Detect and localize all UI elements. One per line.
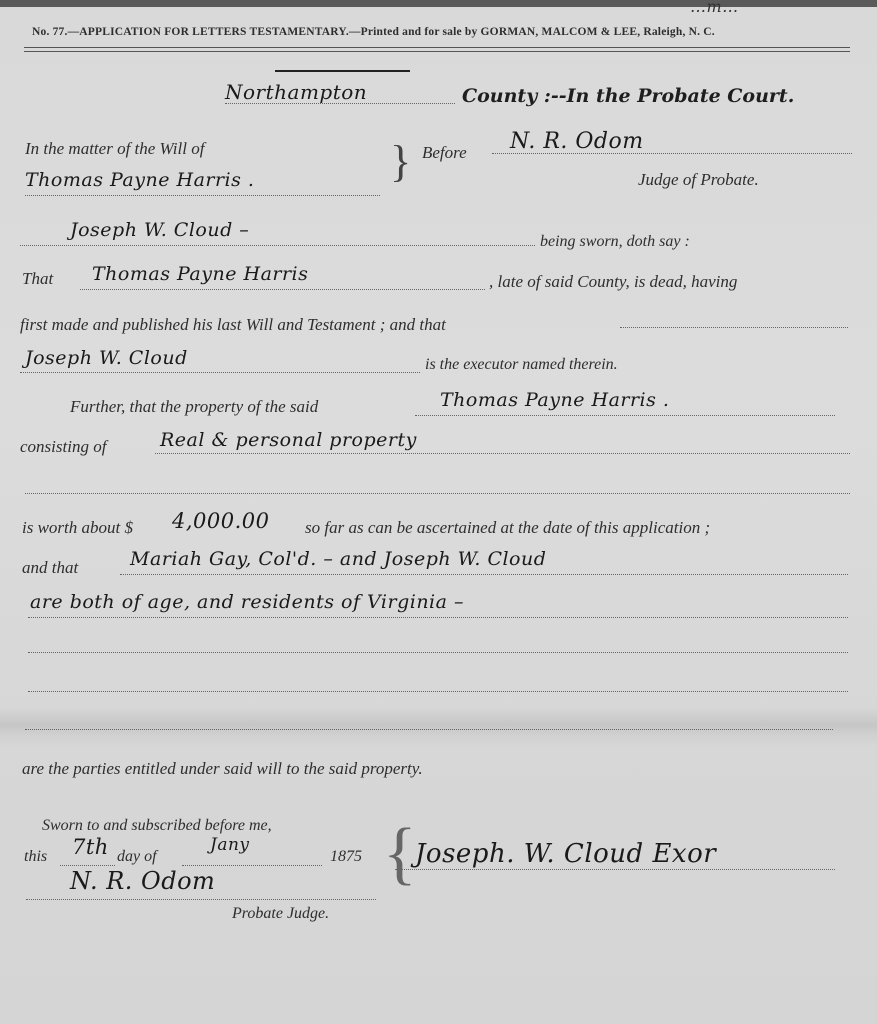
form-header: No. 77.—APPLICATION FOR LETTERS TESTAMEN… — [32, 26, 715, 38]
probate-judge-label: Probate Judge. — [232, 905, 329, 923]
year-value: 1875 — [330, 848, 362, 866]
late-of-text: , late of said County, is dead, having — [489, 272, 737, 292]
consisting-label: consisting of — [20, 437, 106, 457]
blank-line-3 — [28, 691, 848, 692]
affiant-signature-line — [395, 869, 835, 870]
decedent-line-1 — [25, 195, 380, 196]
property-description: Real & personal property — [160, 429, 417, 451]
worth-value: 4,000.00 — [172, 509, 270, 533]
month-line — [182, 865, 322, 866]
county-line — [225, 103, 455, 104]
worth-label: is worth about $ — [22, 518, 133, 538]
judge-name: N. R. Odom — [510, 129, 644, 154]
document-page: No. 77.—APPLICATION FOR LETTERS TESTAMEN… — [0, 7, 877, 1024]
judge-signature: N. R. Odom — [70, 867, 215, 895]
day-value: 7th — [72, 835, 109, 859]
executor-name: Joseph W. Cloud — [25, 347, 188, 369]
before-label: Before — [422, 143, 467, 163]
blank-line-1 — [25, 493, 850, 494]
paper-fold-shadow — [0, 707, 877, 747]
month-value: Jany — [210, 835, 250, 855]
signature-brace: { — [383, 819, 417, 889]
affiant-line — [20, 245, 535, 246]
decedent-name-1: Thomas Payne Harris . — [25, 169, 254, 191]
court-title: County :--In the Probate Court. — [462, 85, 794, 107]
matter-label: In the matter of the Will of — [25, 139, 204, 159]
affiant-signature: Joseph. W. Cloud Exor — [415, 839, 716, 869]
decedent-line-2 — [80, 289, 485, 290]
header-rule — [24, 47, 850, 48]
this-label: this — [24, 848, 47, 866]
that-label: That — [22, 269, 53, 289]
further-text: Further, that the property of the said — [70, 397, 318, 417]
judge-signature-line — [26, 899, 376, 900]
header-rule-2 — [24, 51, 850, 52]
day-of-label: day of — [117, 848, 157, 866]
executor-text: is the executor named therein. — [425, 356, 618, 374]
and-that-label: and that — [22, 558, 78, 578]
blank-line-2 — [28, 652, 848, 653]
county-underline-stroke — [275, 70, 410, 72]
window-top-bar — [0, 0, 877, 7]
first-made-line — [620, 327, 848, 328]
decedent-name-3: Thomas Payne Harris . — [440, 389, 669, 411]
decedent-line-3 — [415, 415, 835, 416]
day-line — [60, 865, 115, 866]
executor-line — [20, 372, 420, 373]
matter-brace: } — [390, 140, 411, 184]
parties-underline-1 — [120, 574, 848, 575]
decedent-name-2: Thomas Payne Harris — [92, 263, 308, 285]
consisting-line — [155, 453, 850, 454]
judge-line — [492, 153, 852, 154]
entitled-text: are the parties entitled under said will… — [22, 759, 423, 779]
first-made-text: first made and published his last Will a… — [20, 315, 446, 335]
top-right-handwriting: …m… — [690, 0, 739, 16]
affiant-name: Joseph W. Cloud – — [70, 219, 249, 241]
county-name: Northampton — [225, 80, 367, 104]
judge-title: Judge of Probate. — [638, 170, 759, 190]
sworn-label: being sworn, doth say : — [540, 233, 690, 251]
worth-text: so far as can be ascertained at the date… — [305, 518, 710, 538]
parties-underline-2 — [28, 617, 848, 618]
sworn-to-text: Sworn to and subscribed before me, — [42, 817, 272, 835]
parties-line-1: Mariah Gay, Col'd. – and Joseph W. Cloud — [130, 548, 546, 570]
parties-line-2: are both of age, and residents of Virgin… — [30, 591, 464, 613]
